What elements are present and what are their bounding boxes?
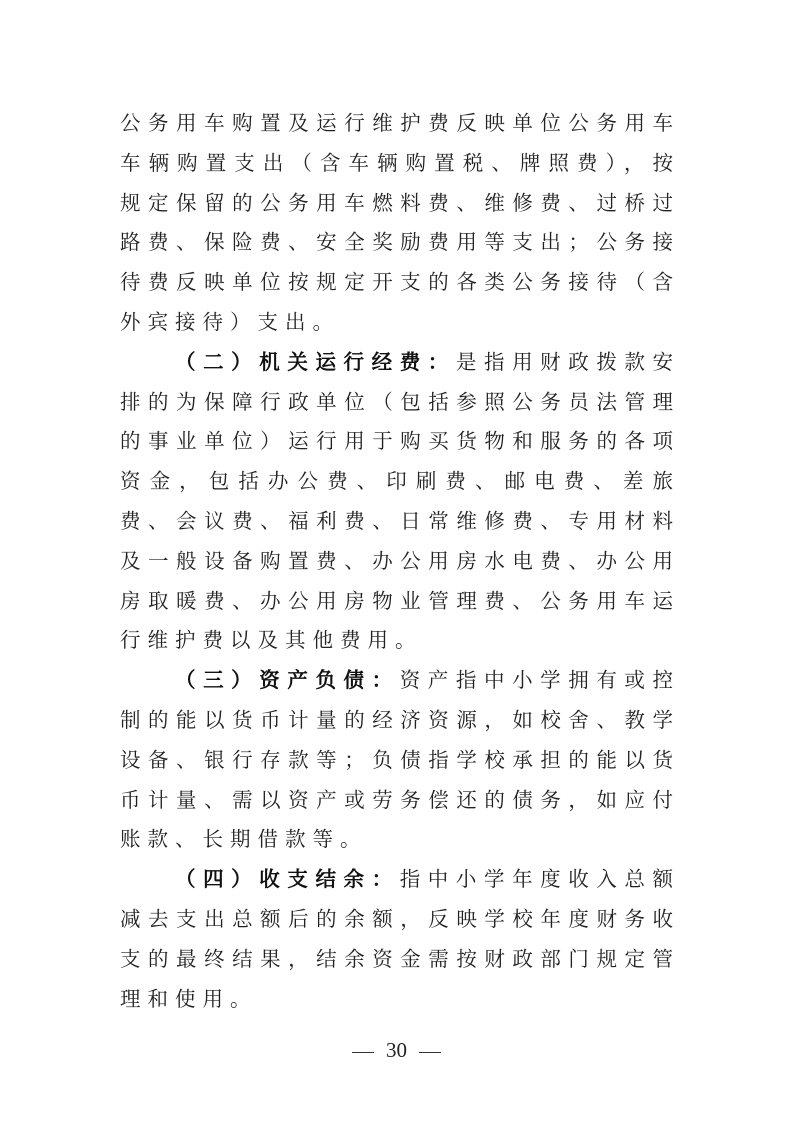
document-page: 公务用车购置及运行维护费反映单位公务用车车辆购置支出（含车辆购置税、牌照费），按…	[0, 0, 793, 1122]
paragraph-operating-expenses: （二）机关运行经费：是指用财政拨款安排的为保障行政单位（包括参照公务员法管理的事…	[120, 343, 680, 661]
dash-right-icon	[419, 1052, 441, 1053]
paragraph-text: 是指用财政拨款安排的为保障行政单位（包括参照公务员法管理的事业单位）运行用于购买…	[120, 350, 680, 653]
body-text: 公务用车购置及运行维护费反映单位公务用车车辆购置支出（含车辆购置税、牌照费），按…	[120, 104, 680, 1019]
paragraph-lead: （三）资产负债：	[175, 668, 400, 692]
paragraph-assets-liabilities: （三）资产负债：资产指中小学拥有或控制的能以货币计量的经济资源，如校舍、教学设备…	[120, 661, 680, 860]
paragraph-lead: （二）机关运行经费：	[175, 350, 456, 374]
page-number-value: 30	[386, 1038, 407, 1062]
paragraph-text: 公务用车购置及运行维护费反映单位公务用车车辆购置支出（含车辆购置税、牌照费），按…	[120, 111, 680, 334]
paragraph-income-expenditure-balance: （四）收支结余：指中小学年度收入总额减去支出总额后的余额，反映学校年度财务收支的…	[120, 860, 680, 1019]
dash-left-icon	[352, 1052, 374, 1053]
paragraph-lead: （四）收支结余：	[175, 867, 400, 891]
paragraph-vehicle-and-reception-expenses: 公务用车购置及运行维护费反映单位公务用车车辆购置支出（含车辆购置税、牌照费），按…	[120, 104, 680, 343]
paragraph-text: 资产指中小学拥有或控制的能以货币计量的经济资源，如校舍、教学设备、银行存款等；负…	[120, 668, 680, 851]
page-number: 30	[0, 1038, 793, 1063]
